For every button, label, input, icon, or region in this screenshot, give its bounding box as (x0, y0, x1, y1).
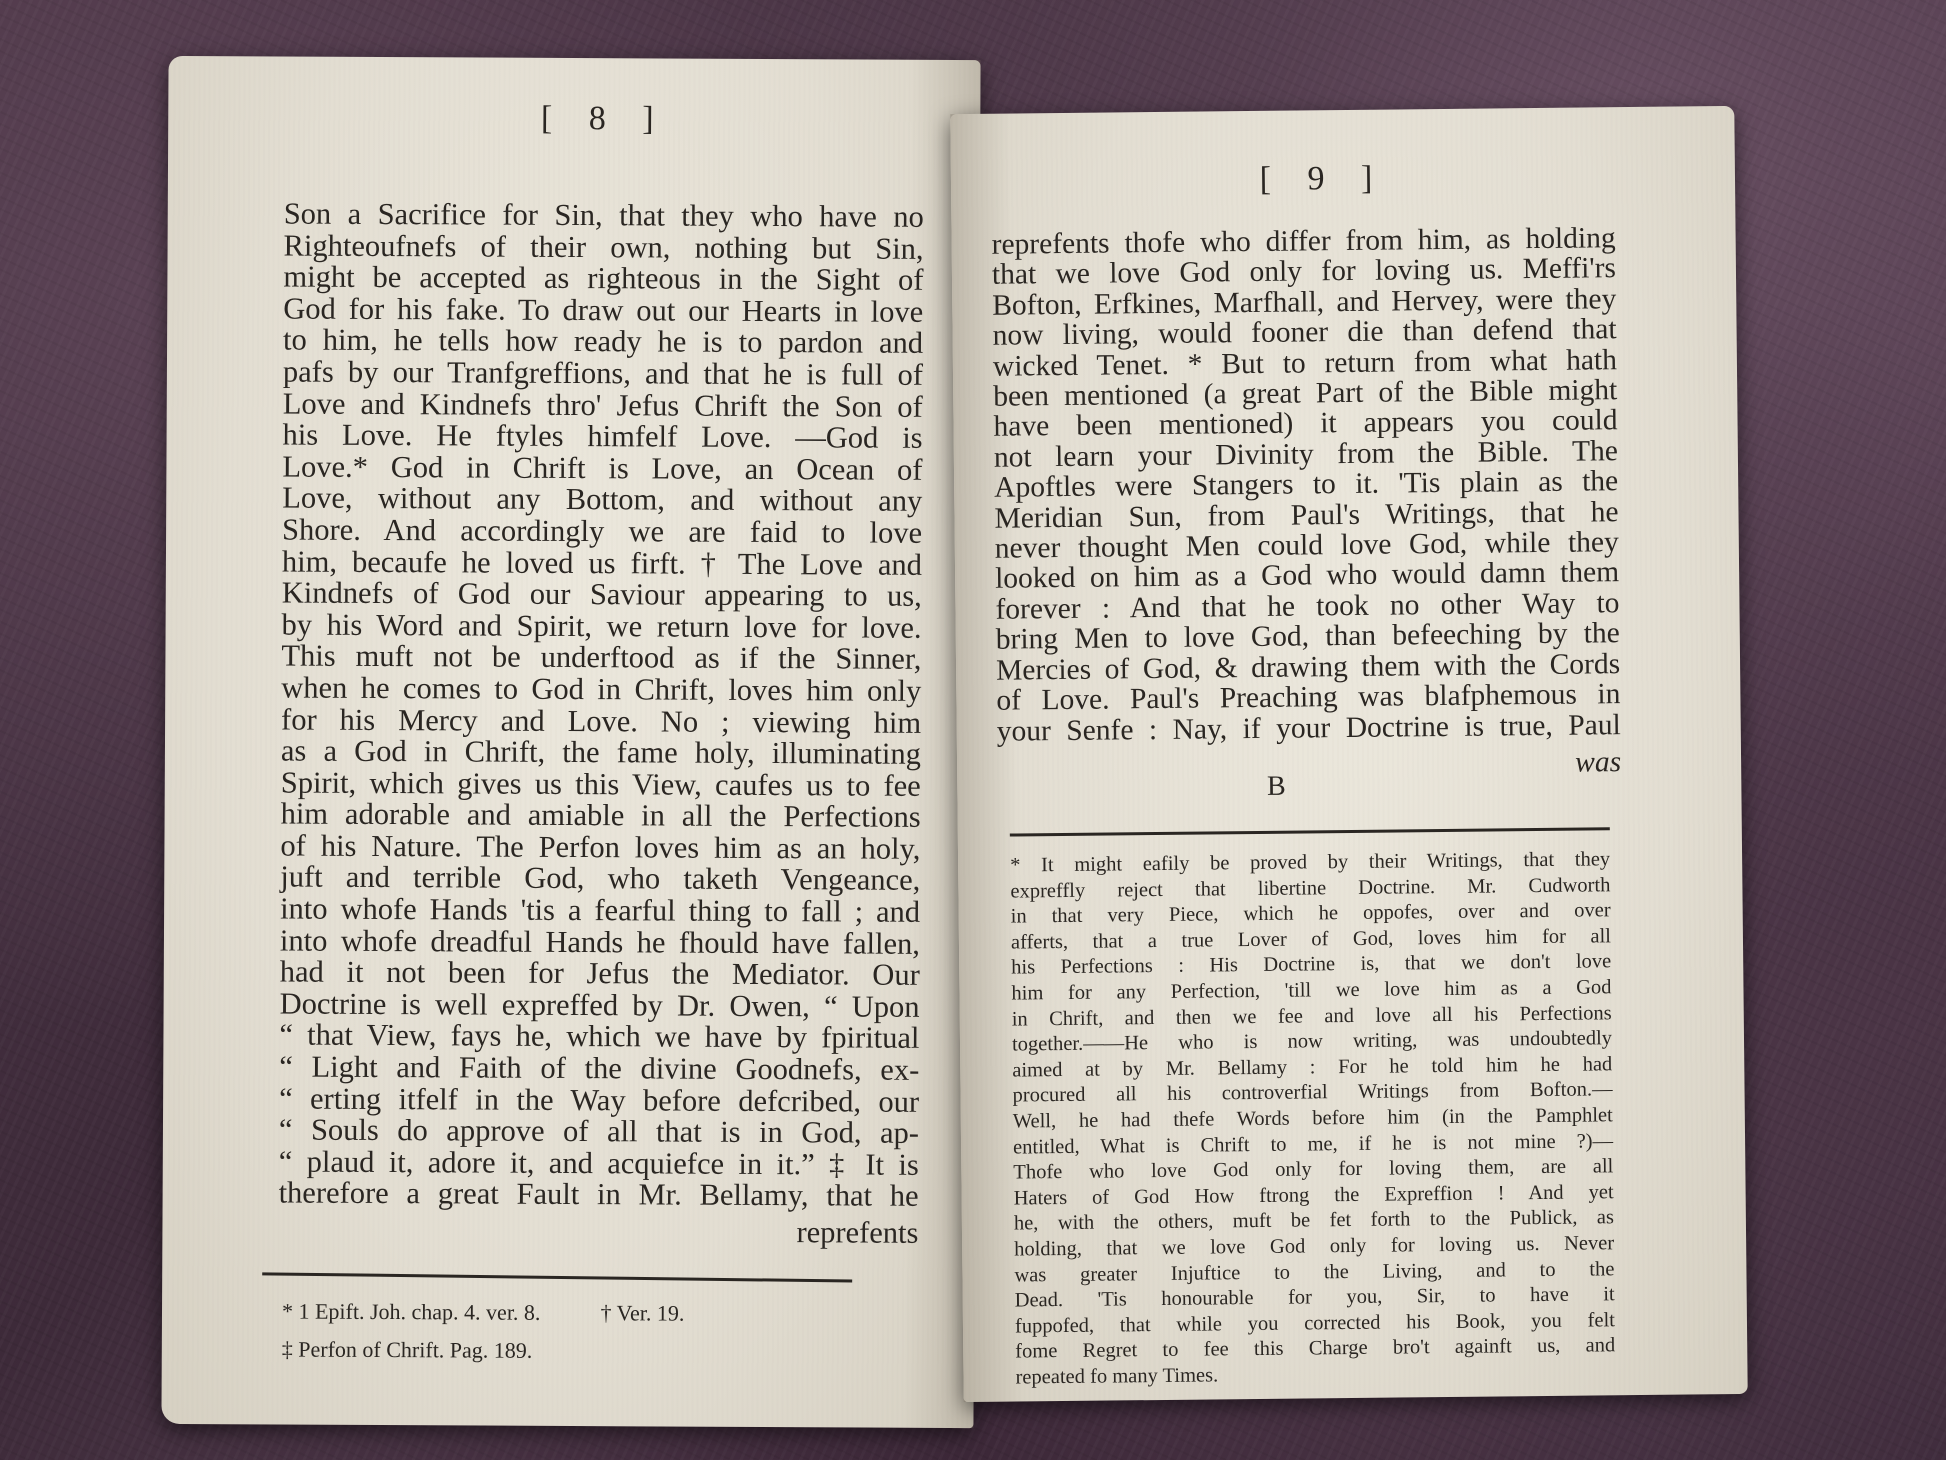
left-page-footnotes: * 1 Epift. Joh. chap. 4. ver. 8. † Ver. … (282, 1292, 685, 1370)
footnote-rule-left (262, 1272, 852, 1282)
right-page-footnotes: * It might eafily be proved by their Wri… (1010, 847, 1616, 1391)
catchword-left: reprefents (278, 1214, 918, 1249)
text-line: your Senfe : Nay, if your Doctrine is tr… (997, 710, 1621, 747)
left-page: [ 8 ] Son a Sacrifice for Sin, that they… (161, 56, 980, 1428)
footnote-rule-right (1010, 827, 1610, 836)
footnote-dagger: † Ver. 19. (600, 1294, 684, 1332)
page-number-right: [ 9 ] (951, 156, 1735, 202)
footnote-line: repeated fo many Times. (1015, 1359, 1615, 1391)
left-page-catchword-row: reprefents (278, 1214, 918, 1249)
signature-mark: B (997, 768, 1557, 805)
page-number-left: [ 8 ] (168, 98, 980, 140)
signature-row: B (997, 768, 1557, 805)
right-page: [ 9 ] reprefents thofe who differ from h… (950, 106, 1747, 1402)
right-page-body-text: reprefents thofe who differ from him, as… (991, 223, 1620, 746)
footnote-double-dagger: ‡ Perfon of Chrift. Pag. 189. (282, 1330, 533, 1369)
text-line: therefore a great Fault in Mr. Bellamy, … (279, 1178, 919, 1213)
left-page-body-text: Son a Sacrifice for Sin, that they who h… (279, 198, 924, 1212)
footnote-star: * 1 Epift. Joh. chap. 4. ver. 8. (282, 1292, 541, 1331)
